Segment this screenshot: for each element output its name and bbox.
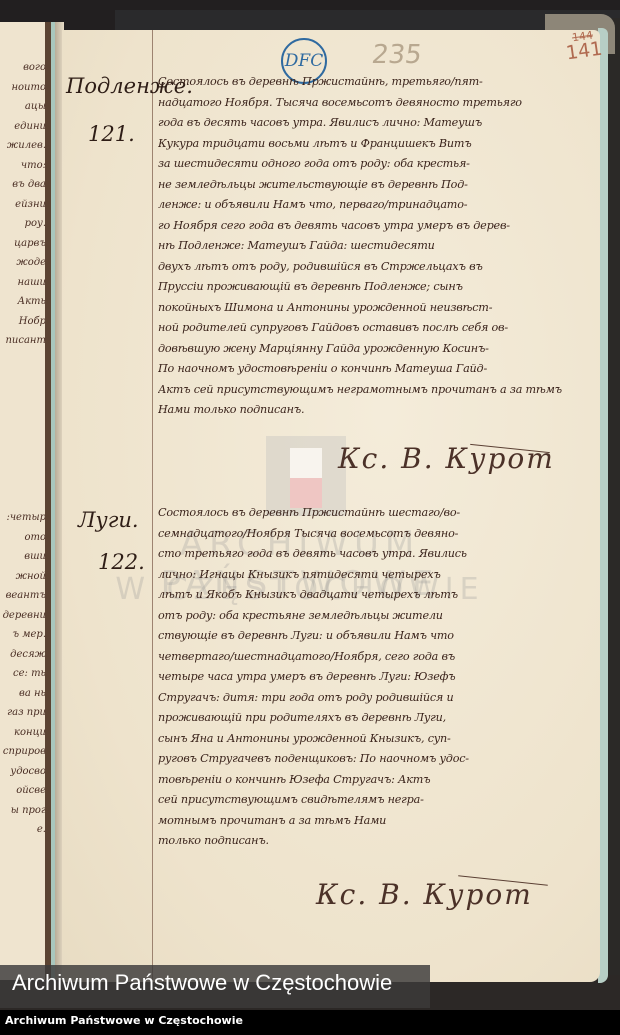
left-page-line: ойсве xyxy=(0,781,46,801)
entry-line: го Ноября сего года въ девять часовъ утр… xyxy=(158,216,598,237)
left-page-line: что: xyxy=(0,156,46,176)
pencil-page-number: 235 xyxy=(370,40,424,70)
watermark-flag-white xyxy=(290,448,322,478)
left-page-line: жилев. xyxy=(0,136,46,156)
left-page-line: сприров xyxy=(0,742,46,762)
left-page-line: е. xyxy=(0,820,46,840)
entry-line: Пруссіи проживающій въ деревнѣ Подленже;… xyxy=(158,277,598,298)
margin-rule xyxy=(152,30,153,980)
left-page-line: жоде xyxy=(0,253,46,273)
entry-line: ной родителей супруговъ Гайдовъ оставивъ… xyxy=(158,318,598,339)
entry-line: ленже: и объявили Намъ что, перваго/трин… xyxy=(158,195,598,216)
left-page-line: деревни xyxy=(0,606,46,626)
entry-line: товѣреніи о кончинѣ Юзефа Стругачъ: Актъ xyxy=(158,770,598,791)
entry-122-text: Состоялось въ деревнѣ Пржистайнѣ шестаго… xyxy=(158,503,598,852)
left-page-line: веантъ xyxy=(0,586,46,606)
footer-archive-name: Archiwum Państwowe w Częstochowie xyxy=(5,1014,243,1027)
entry-line: По наочномъ удостовѣреніи о кончинѣ Мате… xyxy=(158,359,598,380)
entry-line: четыре часа утра умеръ въ деревнѣ Луги: … xyxy=(158,667,598,688)
entry-121-number: 121. xyxy=(88,122,135,146)
left-page-line: ото xyxy=(0,528,46,548)
entry-122-number: 122. xyxy=(98,550,145,574)
footer-bar: Archiwum Państwowe w Częstochowie xyxy=(0,1010,620,1035)
entry-121-signature: Кс. В. Курот xyxy=(338,442,555,475)
left-page-line: Акть xyxy=(0,292,46,312)
left-page-line: ы прог xyxy=(0,801,46,821)
left-page-line: ноито xyxy=(0,78,46,98)
entry-line: сто третьяго года въ девять часовъ утра.… xyxy=(158,544,598,565)
left-page-text-upper: вогоноитоацыединижилев.что:въ дваейзниро… xyxy=(0,58,48,351)
entry-line: четвертаго/шестнадцатого/Ноября, сего го… xyxy=(158,647,598,668)
entry-line: Актъ сей присутствующимъ неграмотнымъ пр… xyxy=(158,380,598,401)
entry-line: руговъ Стругачевъ поденщиковъ: По наочно… xyxy=(158,749,598,770)
left-page-line: едини xyxy=(0,117,46,137)
left-page-line: вого xyxy=(0,58,46,78)
left-page-line: газ при xyxy=(0,703,46,723)
left-page-line: удосво xyxy=(0,762,46,782)
entry-line: отъ роду: оба крестьяне земледѣльцы жите… xyxy=(158,606,598,627)
left-page-line: се: ть xyxy=(0,664,46,684)
entry-line: нѣ Подленже: Матеушъ Гайда: шестидесяти xyxy=(158,236,598,257)
left-page-line: царвъ xyxy=(0,234,46,254)
entry-122-place: Луги. xyxy=(78,508,139,532)
left-page-line: вши xyxy=(0,547,46,567)
archive-caption: Archiwum Państwowe w Częstochowie xyxy=(12,970,392,996)
entry-line: лично: Игнацы Кнызикъ пятидесяти четырех… xyxy=(158,565,598,586)
left-page-line: роу. xyxy=(0,214,46,234)
entry-line: покойныхъ Шимона и Антонины урожденной н… xyxy=(158,298,598,319)
left-page-line: Нобр xyxy=(0,312,46,332)
left-page-line: ва нь xyxy=(0,684,46,704)
entry-line: мотнымъ прочитанъ а за тѣмъ Нами xyxy=(158,811,598,832)
entry-line: проживающій при родителяхъ въ деревнѣ Лу… xyxy=(158,708,598,729)
entry-line: надцатого Ноября. Тысяча восемьсотъ девя… xyxy=(158,93,598,114)
left-page-line: жной xyxy=(0,567,46,587)
left-page-line: :четыр xyxy=(0,508,46,528)
left-page-line: ейзни xyxy=(0,195,46,215)
entry-line: Стругачъ: дитя: три года отъ роду родивш… xyxy=(158,688,598,709)
entry-line: Состоялось въ деревнѣ Пржистайнѣ, третья… xyxy=(158,72,598,93)
document-viewer[interactable]: вогоноитоацыединижилев.что:въ дваейзниро… xyxy=(0,0,620,1010)
left-page-line: наши xyxy=(0,273,46,293)
left-page-line: въ два xyxy=(0,175,46,195)
entry-line: за шестидесяти одного года отъ роду: оба… xyxy=(158,154,598,175)
left-page-line: конци xyxy=(0,723,46,743)
left-page-text-lower: :четыротовшижнойвеантъдеревниъ мер.десяж… xyxy=(0,508,48,840)
entry-121-text: Состоялось въ деревнѣ Пржистайнѣ, третья… xyxy=(158,72,598,421)
left-page-line: ацы xyxy=(0,97,46,117)
entry-line: семнадцатого/Ноября Тысяча восемьсотъ де… xyxy=(158,524,598,545)
entry-line: лѣтъ и Якобъ Кнызикъ двадцати четырехъ л… xyxy=(158,585,598,606)
left-page-line: десяж xyxy=(0,645,46,665)
entry-line: сей присутствующимъ свидѣтелямъ негра- xyxy=(158,790,598,811)
left-page-line: ъ мер. xyxy=(0,625,46,645)
entry-line: Состоялось въ деревнѣ Пржистайнѣ шестаго… xyxy=(158,503,598,524)
entry-line: года въ десять часовъ утра. Явилисъ личн… xyxy=(158,113,598,134)
entry-line: довѣвшую жену Марціянну Гайда урожденную… xyxy=(158,339,598,360)
entry-line: сынъ Яна и Антонины урожденной Кнызикъ, … xyxy=(158,729,598,750)
left-page-line: писант xyxy=(0,331,46,351)
entry-line: только подписанъ. xyxy=(158,831,598,852)
entry-line: Нами только подписанъ. xyxy=(158,400,598,421)
entry-line: двухъ лѣтъ отъ роду, родившійся въ Стрже… xyxy=(158,257,598,278)
entry-122-signature: Кс. В. Курот xyxy=(316,878,533,911)
entry-line: Кукура тридцати восьми лѣтъ и Францишекъ… xyxy=(158,134,598,155)
entry-line: ствующіе въ деревнѣ Луги: и объявили Нам… xyxy=(158,626,598,647)
entry-line: не земледѣльцы жительствующіе въ деревнѣ… xyxy=(158,175,598,196)
